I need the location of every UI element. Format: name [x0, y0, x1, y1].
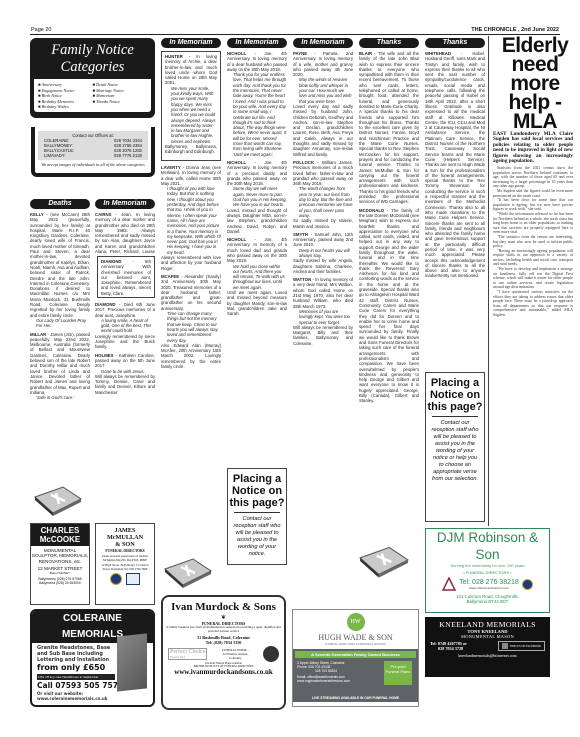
ad-coleraine-memorials: COLERAINE MEMORIALS Granite Headstones, … — [30, 609, 155, 707]
categories-title: Family Notice Categories — [30, 42, 155, 76]
notice-diamond: DIAMOND - Died 6th June 2017. Precious m… — [95, 302, 155, 350]
ad-djm-robinson: DJM Robinson & Son Serving the community… — [425, 528, 550, 613]
thanks-header: Thanks — [425, 38, 485, 48]
nafd-triangle-icon — [442, 577, 456, 591]
page-number: Page 20 — [31, 27, 52, 33]
memoriam-column-5: PAYNE - Pamela. 2nd Anniversary. In lovi… — [293, 51, 353, 571]
in-memoriam-header: In Memoriam — [293, 38, 353, 48]
nafd-badge-icon — [110, 573, 122, 585]
saif-badge-icon — [126, 573, 140, 585]
notice-kelly: KELLY - (nee McCann) 28th May 2022 (peac… — [30, 212, 90, 329]
memoriam-column-3: LAVERTY - Donna Jean (nee McIlwain). In … — [161, 165, 221, 520]
notice-smyth: SMYTH - Samuel John, 12th Anniversary, p… — [293, 232, 353, 274]
in-memoriam-header: In Memoriam — [161, 38, 221, 48]
deaths-header: Deaths — [30, 199, 90, 209]
notice-diamond-boxed: DIAMOND - 5th Anniversary. With cherishe… — [97, 256, 155, 298]
office-row: LIMAVADY:028 7776 2130 — [44, 153, 142, 158]
notice-pollock: POLLOCK - William James. Precious memori… — [293, 160, 353, 229]
notice-millar: MILLAR - James (Jim), passed peacefully,… — [30, 332, 90, 401]
notice-blair: BLAIR - The wife and all the family of t… — [359, 51, 419, 205]
facebook-icon — [502, 643, 508, 649]
article-body: Statistics from the 2021 census show the… — [493, 166, 573, 318]
notice-nicholl-2: NICHOLL - Joe. 4th Anniversary. In lovin… — [227, 160, 287, 234]
in-memoriam-header: In Memoriam — [227, 38, 287, 48]
notice-mcdonald: MCDONALD - The family of the late Doreen… — [359, 208, 419, 404]
notice-mcafee: MCAFEE - Alexander (Sandy) 2nd Anniversa… — [161, 274, 221, 369]
article-headline: Elderly need more help - MLA — [490, 36, 580, 131]
in-memoriam-header: In Memoriam — [95, 199, 155, 209]
notice-hunter-boxed: HUNTER - In loving memory of Archie, a d… — [161, 51, 221, 161]
placing-notice-box: Placing a Notice on this page? Contact o… — [227, 468, 287, 565]
category-item: Birthday Wishes — [38, 104, 93, 110]
facebook-link[interactable]: FIND US ON FACEBOOK — [498, 641, 545, 651]
notice-nicholl-1: NICHOLL - Joe. 4th Anniversary. In lovin… — [227, 51, 287, 157]
ad-hugh-wade: HW HUGH WADE & SON FUNERAL DIRECTORS & M… — [292, 609, 419, 707]
hugh-wade-logo: HW — [347, 613, 365, 631]
bible-icon — [163, 557, 213, 589]
column-rule — [488, 36, 489, 526]
family-notice-categories: Family Notice Categories Anniversary Dea… — [30, 38, 155, 118]
header-rule — [30, 34, 560, 35]
thanks-column-1: BLAIR - The wife and all the family of t… — [359, 51, 419, 541]
bible-icon — [358, 545, 410, 579]
flourish-icon: ❦ — [163, 614, 284, 621]
perfect-choice-logo: Perfect ChoiceFuneral Plan — [168, 648, 207, 660]
category-item: Thanks Notice — [93, 99, 148, 105]
notice-holmes: HOLMES - Kathleen Caroline, passed away … — [95, 353, 155, 395]
bible-icon — [33, 485, 83, 517]
ad-ivan-murdock: Ivan Murdock & Sons ❦ FUNERAL DIRECTORS … — [161, 595, 286, 710]
thanks-column-2: WHITEHEAD - Isobel. Husband Geoff, sons … — [425, 51, 485, 366]
deaths-column: KELLY - (nee McCann) 28th May 2022 (peac… — [30, 212, 90, 487]
notice-watton: WATTON - In loving memory of a very dear… — [293, 277, 353, 346]
contact-offices: Contact our Offices at: COLERAINE:028 70… — [31, 127, 155, 177]
placing-notice-box-large: Placing a Notice on this page? Contact o… — [425, 372, 485, 522]
prepaid-plans-badge: Pre-paid Funeral Plans — [384, 661, 412, 685]
notice-nicholl-3: NICHOLL - Joe. 4th Anniversary. In memor… — [227, 237, 287, 316]
memoriam-column-2: DIAMOND - Died 6th June 2017. Precious m… — [95, 302, 155, 487]
notice-whitehead: WHITEHEAD - Isobel. Husband Geoff, sons … — [425, 51, 485, 279]
ad-james-mcmullan: JAMES McMULLAN & SON FUNERAL DIRECTORS U… — [95, 523, 155, 605]
thanks-header: Thanks — [359, 38, 419, 48]
saif-badge-icon — [522, 579, 533, 590]
paper-dateline: THE CHRONICLE , 2nd June 2022 — [471, 27, 559, 33]
image-note: We accept images of individuals in all o… — [35, 162, 151, 167]
headstone-image — [117, 633, 147, 691]
ad-charles-mccooke: CHARLES McCOOKE MONUMENTAL SCULPTOR, MEM… — [30, 523, 90, 605]
memoriam-column-4: NICHOLL - Joe. 4th Anniversary. In lovin… — [227, 51, 287, 461]
bifd-crest-icon — [263, 646, 279, 662]
article-intro: EAST Londonderry MLA Claire Sugden has s… — [493, 132, 573, 164]
notice-laverty: LAVERTY - Donna Jean (nee McIlwain). In … — [161, 165, 221, 271]
ad-kneeland-memorials: KNEELAND MEMORIALS TONY KNEELAND MONUMEN… — [425, 617, 550, 677]
category-list: Anniversary Death Notice Engagement Noti… — [34, 79, 151, 113]
notice-payne: PAYNE - Pamela. 2nd Anniversary. In lovi… — [293, 51, 353, 157]
notice-cairns: CAIRNS - Jean. In loving memory of a dea… — [95, 212, 155, 254]
